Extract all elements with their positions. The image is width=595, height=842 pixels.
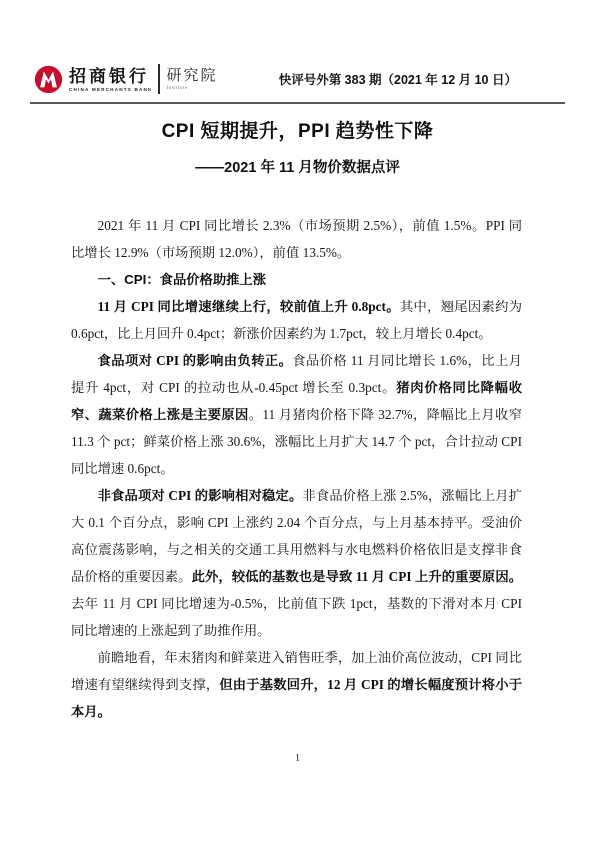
issue-info: 快评号外第 383 期（2021 年 12 月 10 日） bbox=[279, 70, 517, 88]
section-heading-cpi: 一、CPI：食品价格助推上涨 bbox=[71, 266, 522, 293]
cmb-logo-icon bbox=[34, 65, 63, 94]
bank-name-cn: 招商银行 bbox=[69, 67, 153, 86]
institute-block: 研究院 Institute bbox=[167, 67, 218, 91]
bank-name-en: CHINA MERCHANTS BANK bbox=[69, 87, 153, 92]
text-run-bold: 非食品项对 CPI 的影响相对稳定。 bbox=[98, 488, 303, 503]
page-number: 1 bbox=[0, 752, 595, 764]
text-run-bold: 11 月 CPI 同比增速继续上行，较前值上升 0.8pct。 bbox=[98, 299, 400, 314]
bank-name-block: 招商银行 CHINA MERCHANTS BANK bbox=[69, 67, 153, 92]
paragraph-nonfood: 非食品项对 CPI 的影响相对稳定。非食品价格上涨 2.5%，涨幅比上月扩大 0… bbox=[71, 482, 522, 644]
paragraph-outlook: 前瞻地看，年末猪肉和鲜菜进入销售旺季，加上油价高位波动，CPI 同比增速有望继续… bbox=[71, 644, 522, 725]
report-title: CPI 短期提升，PPI 趋势性下降 bbox=[0, 116, 595, 143]
institute-name-en: Institute bbox=[167, 86, 218, 91]
document-page: 招商银行 CHINA MERCHANTS BANK 研究院 Institute … bbox=[0, 0, 595, 842]
brand-divider bbox=[158, 64, 160, 94]
institute-name: 研究院 bbox=[167, 67, 218, 85]
text-run: 去年 11 月 CPI 同比增速为-0.5%，比前值下跌 1pct，基数的下滑对… bbox=[71, 596, 522, 638]
text-run-bold: 此外，较低的基数也是导致 11 月 CPI 上升的重要原因。 bbox=[192, 569, 522, 584]
report-subtitle: ——2021 年 11 月物价数据点评 bbox=[0, 156, 595, 177]
paragraph-food: 食品项对 CPI 的影响由负转正。食品价格 11 月同比增长 1.6%，比上月提… bbox=[71, 347, 522, 482]
paragraph-cpi-growth: 11 月 CPI 同比增速继续上行，较前值上升 0.8pct。其中，翘尾因素约为… bbox=[71, 293, 522, 347]
header-rule bbox=[30, 102, 565, 104]
brand-block: 招商银行 CHINA MERCHANTS BANK 研究院 Institute bbox=[34, 64, 218, 94]
text-run-bold: 食品项对 CPI 的影响由负转正。 bbox=[98, 353, 293, 368]
report-header: 招商银行 CHINA MERCHANTS BANK 研究院 Institute … bbox=[34, 58, 565, 100]
paragraph-intro: 2021 年 11 月 CPI 同比增长 2.3%（市场预期 2.5%），前值 … bbox=[71, 212, 522, 266]
report-body: 2021 年 11 月 CPI 同比增长 2.3%（市场预期 2.5%），前值 … bbox=[71, 212, 522, 725]
text-run: 2021 年 11 月 CPI 同比增长 2.3%（市场预期 2.5%），前值 … bbox=[71, 218, 522, 260]
